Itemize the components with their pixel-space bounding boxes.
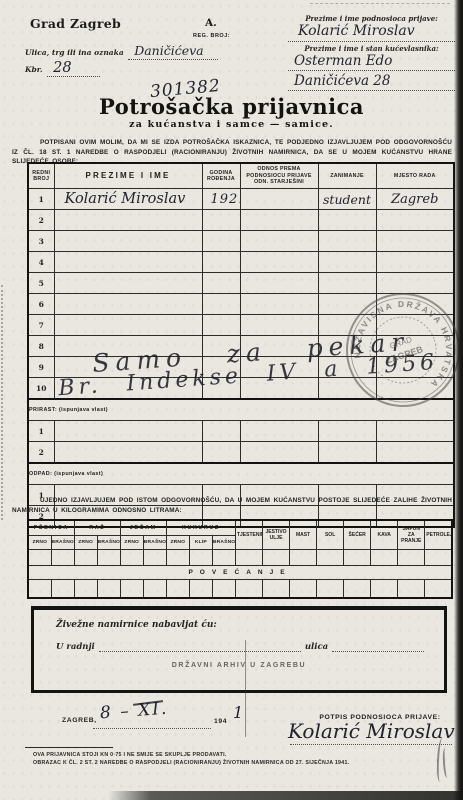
supplies-col-header: SAPUN ZA PRANJE: [398, 520, 425, 550]
supplies-cell: [74, 580, 97, 599]
supplies-group-header: PŠENICA: [28, 520, 74, 536]
landlord-address-handwritten: Daničićeva 28: [288, 73, 455, 91]
supplies-subcol-header: KLIP: [189, 536, 212, 550]
supplies-increase-label: POVEĆANJE: [28, 566, 452, 580]
supplies-group-header: KUKURUZ: [166, 520, 235, 536]
supplies-subcol-header: ZRNO: [166, 536, 189, 550]
supplies-cell: [344, 580, 371, 599]
supplies-cell: [398, 580, 425, 599]
supplies-cell: [189, 550, 212, 566]
supplies-empty-row-2: [28, 580, 452, 599]
person-cell-occupation: [318, 273, 376, 294]
footnote-2: OBRAZAC K ČL. 2 ST. 2 NAREDBE O RASPODJE…: [33, 759, 443, 767]
left-margin-scan-marks: [1, 285, 3, 520]
supplies-cell: [120, 550, 143, 566]
applicant-label: Prezime i ime podnosioca prijave:: [288, 14, 455, 23]
ulica-label: ulica: [305, 642, 328, 652]
date-handwritten: 8 – XI.: [99, 699, 169, 724]
date-dotted-line: [93, 728, 211, 729]
shop-label: U radnji: [56, 642, 95, 652]
form-title-block: Potrošačka prijavnica za kućanstva i sam…: [0, 94, 463, 130]
prirast-row: 2: [28, 442, 454, 464]
prirast-cell-workplace: [376, 421, 454, 442]
archive-stamp-text: DRŽAVNI ARHIV U ZAGREBU: [34, 662, 444, 669]
person-row: 1Kolarić Miroslav1921studentZagreb: [28, 189, 454, 210]
supplies-cell: [28, 580, 51, 599]
person-cell-name: [54, 273, 202, 294]
person-cell-name: [54, 210, 202, 231]
person-cell-num: 3: [28, 231, 54, 252]
person-cell-num: 10: [28, 378, 54, 400]
signature-handwritten: Kolarić Miroslav: [288, 719, 454, 743]
purchase-line1: Živežne namirnice nabavljat ću:: [56, 620, 217, 630]
prirast-cell-relation: [240, 421, 318, 442]
supplies-cell: [398, 550, 425, 566]
supplies-cell: [166, 550, 189, 566]
declaration-paragraph-2: UJEDNO IZJAVLJUJEM POD ISTOM ODGOVORNOŠĆ…: [12, 496, 452, 515]
prirast-cell-name: [54, 421, 202, 442]
person-cell-num: 8: [28, 336, 54, 357]
person-cell-name: [54, 252, 202, 273]
supplies-subcol-header: ZRNO: [28, 536, 51, 550]
prirast-cell-name: [54, 442, 202, 464]
supplies-cell: [212, 550, 235, 566]
form-title: Potrošačka prijavnica: [0, 94, 463, 119]
supplies-table: PŠENICARAŽJEČAMKUKURUZTJESTENINEJESTIVO …: [27, 519, 453, 599]
person-cell-relation: [240, 252, 318, 273]
col-header-zanimanje: ZANIMANJE: [318, 163, 376, 189]
person-cell-year: [202, 252, 240, 273]
supplies-cell: [74, 550, 97, 566]
shop-dotted-blank: [99, 642, 301, 652]
supplies-col-header: KAVA: [371, 520, 398, 550]
supplies-col-header: SOL: [317, 520, 344, 550]
supplies-cell: [120, 580, 143, 599]
supplies-cell: [290, 550, 317, 566]
supplies-cell: [97, 550, 120, 566]
person-cell-year: [202, 210, 240, 231]
year-prefix: 194: [214, 718, 227, 725]
reg-broj-label: REG. BROJ:: [193, 33, 230, 39]
supplies-cell: [235, 580, 262, 599]
person-cell-num: 6: [28, 294, 54, 315]
person-cell-workplace: [376, 210, 454, 231]
person-cell-name: Kolarić Miroslav: [54, 189, 202, 210]
person-cell-num: 7: [28, 315, 54, 336]
person-cell-num: 9: [28, 357, 54, 378]
place-label: ZAGREB,: [62, 717, 97, 724]
year-handwritten: 1: [233, 703, 243, 722]
person-cell-year: 1921: [202, 189, 240, 210]
supplies-subcol-header: ZRNO: [74, 536, 97, 550]
supplies-col-header: JESTIVO ULJE: [263, 520, 290, 550]
supplies-cell: [425, 550, 452, 566]
prirast-cell-occupation: [318, 442, 376, 464]
person-cell-year: [202, 231, 240, 252]
person-cell-workplace: [376, 252, 454, 273]
person-cell-year: [202, 273, 240, 294]
col-header-odnos: ODNOS PREMA PODNOSIOCU PRIJAVE ODN. STAR…: [240, 163, 318, 189]
col-header-godina: GODINA ROĐENJA: [202, 163, 240, 189]
person-cell-occupation: [318, 252, 376, 273]
prirast-cell-year: [202, 442, 240, 464]
supplies-cell: [290, 580, 317, 599]
person-cell-year: [202, 294, 240, 315]
supplies-cell: [317, 580, 344, 599]
footnote-1: OVA PRIJAVNICA STOJI KN 0·75 I NE SMIJE …: [33, 751, 433, 759]
supplies-cell: [235, 550, 262, 566]
prirast-cell-year: [202, 421, 240, 442]
person-cell-occupation: student: [318, 189, 376, 210]
supplies-cell: [28, 550, 51, 566]
person-cell-num: 4: [28, 252, 54, 273]
supplies-group-header: RAŽ: [74, 520, 120, 536]
supplies-subcol-header: ZRNO: [120, 536, 143, 550]
supplies-subcol-header: BRAŠNO: [212, 536, 235, 550]
person-cell-relation: [240, 294, 318, 315]
person-cell-relation: [240, 315, 318, 336]
persons-header-row: REDNI BROJ PREZIME I IME GODINA ROĐENJA …: [28, 163, 454, 189]
person-cell-relation: [240, 231, 318, 252]
supplies-cell: [97, 580, 120, 599]
supplies-cell: [212, 580, 235, 599]
person-row: 2: [28, 210, 454, 231]
person-cell-name: [54, 294, 202, 315]
supplies-cell: [344, 550, 371, 566]
kbr-label: Kbr.: [25, 65, 43, 74]
shop-line: U radnji ulica: [56, 642, 428, 652]
kbr-value-handwritten: 28: [47, 60, 99, 77]
supplies-cell: [51, 580, 74, 599]
supplies-col-header: PETROLEJ: [425, 520, 452, 550]
odpad-label-row: ODPAD: (ispunjava vlast): [28, 463, 454, 485]
applicant-name-handwritten: Kolarić Miroslav: [288, 23, 455, 42]
kbr-line: Kbr. 28: [25, 59, 100, 77]
ulica-dotted-blank: [332, 642, 424, 652]
street-label: Ulica, trg ili ina oznaka: [25, 48, 124, 57]
scanned-form-page: Grad Zagreb A. REG. BROJ: Ulica, trg ili…: [0, 0, 463, 800]
supplies-cell: [51, 550, 74, 566]
street-value-handwritten: Daničićeva: [128, 43, 217, 60]
scan-vertical-line: [245, 640, 246, 737]
supplies-group-header-row: PŠENICARAŽJEČAMKUKURUZTJESTENINEJESTIVO …: [28, 520, 452, 536]
supplies-group-header: JEČAM: [120, 520, 166, 536]
prirast-cell-workplace: [376, 442, 454, 464]
person-row: 4: [28, 252, 454, 273]
signature-dotted-line: [290, 744, 452, 745]
supplies-cell: [166, 580, 189, 599]
stamp-ring-text: NEZAVISNA DRŽAVA HRVATSKA: [339, 286, 463, 412]
person-cell-workplace: Zagreb: [376, 189, 454, 210]
supplies-subcol-header: BRAŠNO: [143, 536, 166, 550]
supplies-cell: [263, 580, 290, 599]
col-header-prezime-ime: PREZIME I IME: [54, 163, 202, 189]
footnote-rule: [25, 747, 113, 748]
city-heading: Grad Zagreb: [30, 16, 121, 31]
person-cell-num: 2: [28, 210, 54, 231]
person-cell-year: [202, 315, 240, 336]
supplies-cell: [425, 580, 452, 599]
right-scan-edge: [454, 0, 463, 800]
supplies-col-header: TJESTENINE: [235, 520, 262, 550]
person-cell-relation: [240, 210, 318, 231]
bottom-scan-smudge: [108, 791, 463, 800]
supplies-cell: [371, 580, 398, 599]
form-subtitle: za kućanstva i samce — samice.: [0, 119, 463, 130]
supplies-increase-row: POVEĆANJE: [28, 566, 452, 580]
landlord-label: Prezime i ime i stan kućevlasnika:: [288, 44, 455, 53]
supplies-subcol-header: BRAŠNO: [97, 536, 120, 550]
supplies-cell: [189, 580, 212, 599]
person-cell-name: [54, 315, 202, 336]
col-header-redni-broj: REDNI BROJ: [28, 163, 54, 189]
person-cell-num: 1: [28, 189, 54, 210]
supplies-cell: [263, 550, 290, 566]
supplies-col-header: ŠEĆER: [344, 520, 371, 550]
odpad-label: ODPAD: (ispunjava vlast): [28, 463, 454, 485]
person-cell-num: 5: [28, 273, 54, 294]
person-cell-name: [54, 231, 202, 252]
section-letter: A.: [205, 17, 217, 29]
prirast-cell-num: 2: [28, 442, 54, 464]
col-header-mjesto-rada: MJESTO RADA: [376, 163, 454, 189]
supplies-subcol-header: BRAŠNO: [51, 536, 74, 550]
supplies-col-header: MAST: [290, 520, 317, 550]
street-line: Ulica, trg ili ina oznaka Daničićeva: [25, 42, 240, 60]
supplies-cell: [143, 550, 166, 566]
person-cell-relation: [240, 273, 318, 294]
person-row: 3: [28, 231, 454, 252]
person-cell-occupation: [318, 231, 376, 252]
prirast-row: 1: [28, 421, 454, 442]
person-cell-relation: [240, 189, 318, 210]
supplies-empty-row: [28, 550, 452, 566]
header-right-block: Prezime i ime podnosioca prijave: Kolari…: [288, 14, 455, 91]
person-cell-workplace: [376, 231, 454, 252]
landlord-name-handwritten: Osterman Edo: [288, 53, 455, 71]
supplies-cell: [371, 550, 398, 566]
top-edge-scan-marks: [310, 3, 450, 4]
purchase-declaration-box: Živežne namirnice nabavljat ću: U radnji…: [31, 606, 447, 693]
person-cell-occupation: [318, 210, 376, 231]
supplies-cell: [143, 580, 166, 599]
svg-text:NEZAVISNA DRŽAVA HRVATSKA: NEZAVISNA DRŽAVA HRVATSKA: [339, 286, 463, 412]
prirast-cell-relation: [240, 442, 318, 464]
prirast-cell-num: 1: [28, 421, 54, 442]
supplies-cell: [317, 550, 344, 566]
